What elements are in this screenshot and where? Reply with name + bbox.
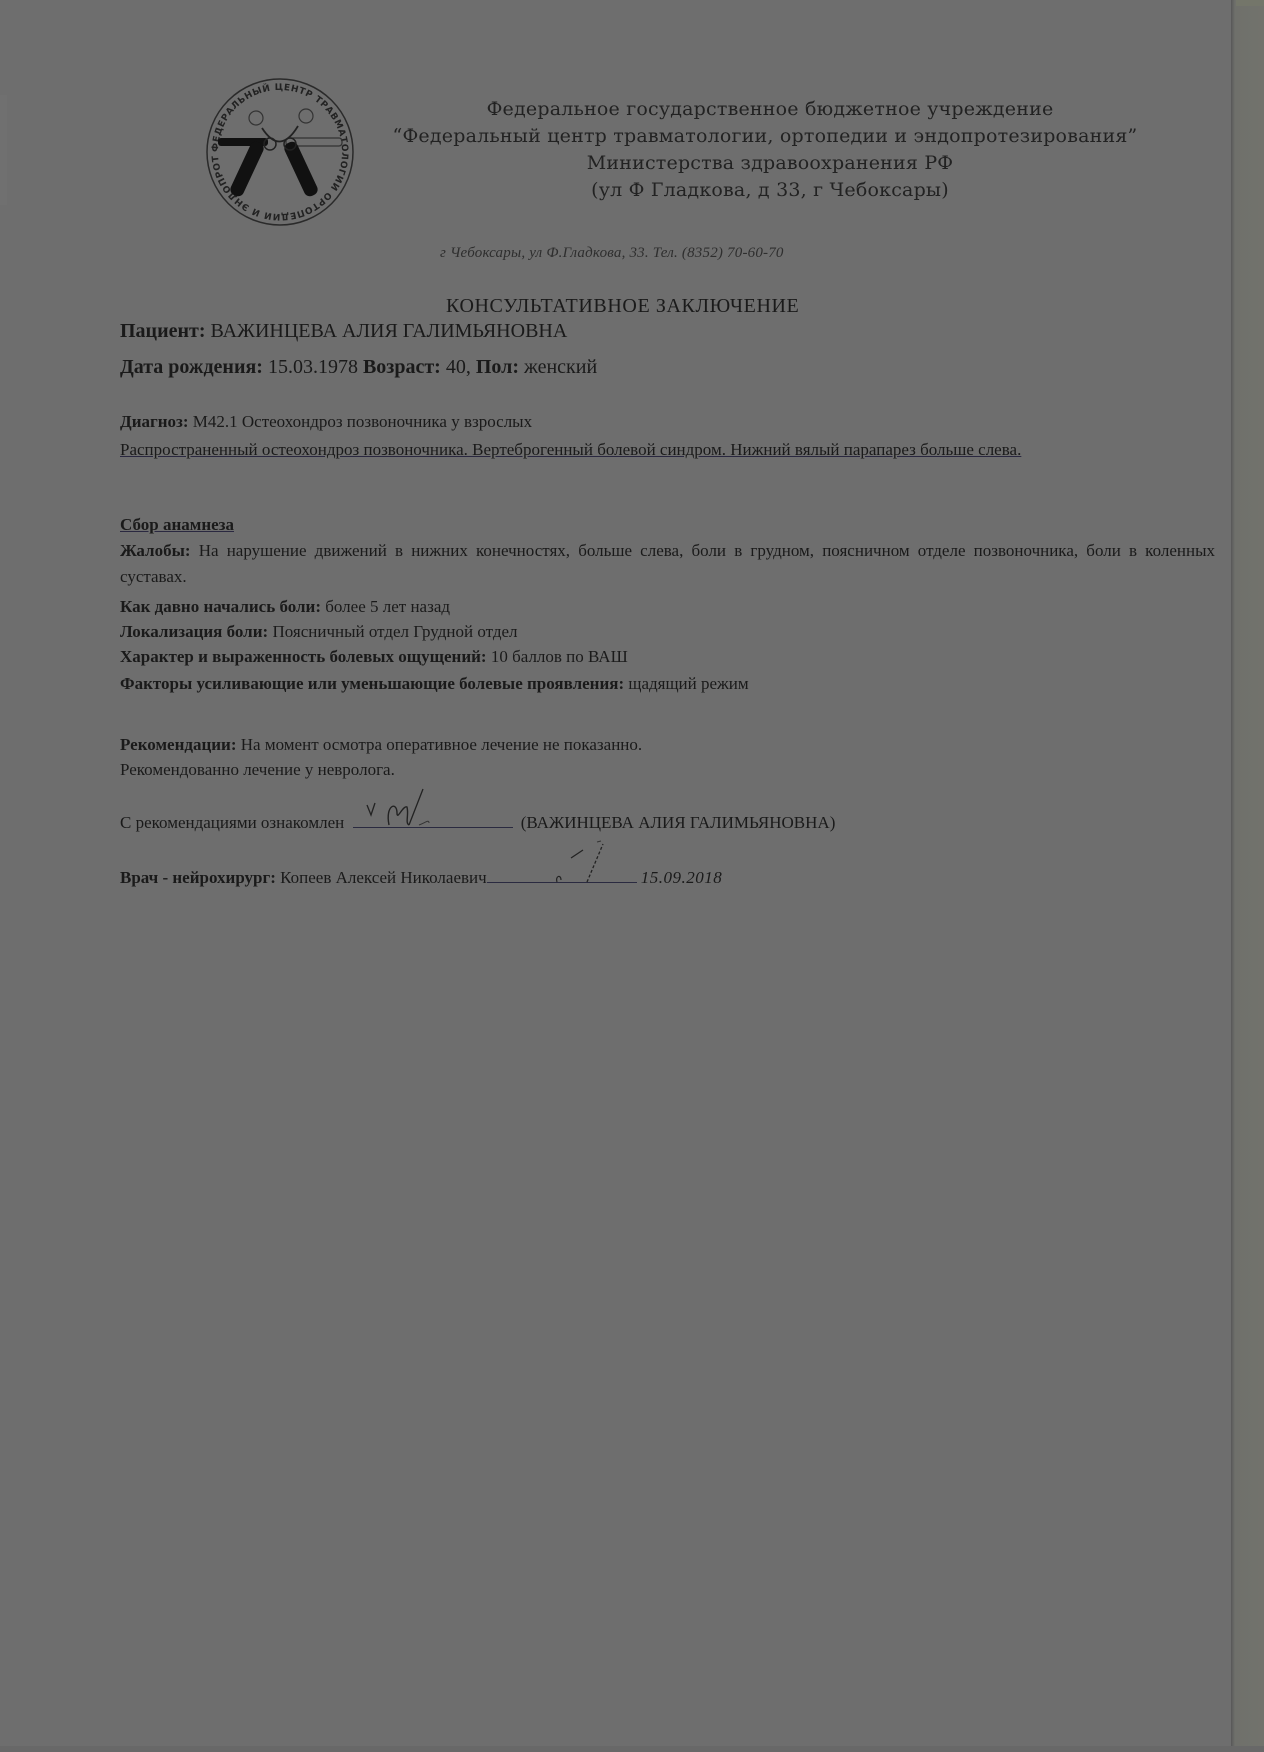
diagnosis-detail: Распространенный остеохондроз позвоночни… — [120, 437, 1200, 462]
patient-row: Пациент: ВАЖИНЦЕВА АЛИЯ ГАЛИМЬЯНОВНА — [120, 320, 567, 343]
pain-factors-value: щадящий режим — [628, 674, 748, 693]
age-value: 40, — [446, 356, 471, 378]
pain-intensity-value: 10 баллов по ВАШ — [491, 647, 628, 666]
org-line-2: “Федеральный центр травматологии, ортопе… — [360, 123, 1170, 150]
age-label: Возраст: — [363, 356, 441, 378]
pain-intensity-label: Характер и выраженность болевых ощущений… — [120, 647, 487, 666]
recommendations-row: Рекомендации: На момент осмотра оператив… — [120, 735, 642, 755]
onset-value: более 5 лет назад — [325, 597, 450, 616]
onset-label: Как давно начались боли: — [120, 597, 321, 616]
complaints-value: На нарушение движений в нижних конечност… — [120, 541, 1215, 586]
scan-page-edge — [1231, 0, 1264, 1752]
doctor-row: Врач - нейрохирург: Копеев Алексей Никол… — [120, 866, 722, 888]
institution-emblem-icon: ФЕДЕРАЛЬНЫЙ ЦЕНТР ТРАВМАТОЛОГИИ ОРТОПЕДИ… — [204, 76, 356, 228]
acknowledgement-patient-name: (ВАЖИНЦЕВА АЛИЯ ГАЛИМЬЯНОВНА) — [521, 813, 836, 832]
sex-value: женский — [524, 356, 597, 378]
scan-page-edge-top — [1236, 0, 1264, 6]
birth-date-value: 15.03.1978 — [268, 356, 358, 378]
doctor-signature-icon — [487, 840, 637, 890]
org-line-1: Федеральное государственное бюджетное уч… — [370, 96, 1170, 123]
organization-header: Федеральное государственное бюджетное уч… — [370, 96, 1170, 204]
sex-label: Пол: — [476, 356, 519, 378]
patient-name: ВАЖИНЦЕВА АЛИЯ ГАЛИМЬЯНОВНА — [211, 320, 568, 342]
birth-date-label: Дата рождения: — [120, 356, 263, 378]
doctor-label: Врач - нейрохирург: — [120, 868, 276, 887]
complaints-row: Жалобы: На нарушение движений в нижних к… — [120, 538, 1215, 590]
org-address: г Чебоксары, ул Ф.Гладкова, 33. Тел. (83… — [440, 245, 920, 262]
emblem-ring-text: ФЕДЕРАЛЬНЫЙ ЦЕНТР ТРАВМАТОЛОГИИ ОРТОПЕДИ… — [204, 76, 349, 221]
org-line-4: (ул Ф Гладкова, д 33, г Чебоксары) — [370, 177, 1170, 204]
diagnosis-code: M42.1 Остеохондроз позвоночника у взросл… — [193, 412, 532, 431]
acknowledgement-text: С рекомендациями ознакомлен — [120, 813, 344, 832]
diagnosis-row: Диагноз: M42.1 Остеохондроз позвоночника… — [120, 412, 532, 432]
recommendations-label: Рекомендации: — [120, 735, 237, 754]
pain-intensity-row: Характер и выраженность болевых ощущений… — [120, 647, 628, 667]
document-date: 15.09.2018 — [641, 868, 723, 887]
pain-factors-row: Факторы усиливающие или уменьшающие боле… — [120, 674, 749, 694]
org-line-3: Министерства здравоохранения РФ — [370, 150, 1170, 177]
patient-label: Пациент: — [120, 320, 206, 342]
pain-location-value: Поясничный отдел Грудной отдел — [272, 622, 517, 641]
recommendations-line-1: На момент осмотра оперативное лечение не… — [241, 735, 642, 754]
svg-text:ФЕДЕРАЛЬНЫЙ ЦЕНТР ТРАВМАТОЛОГИ: ФЕДЕРАЛЬНЫЙ ЦЕНТР ТРАВМАТОЛОГИИ ОРТОПЕДИ… — [204, 76, 349, 221]
diagnosis-label: Диагноз: — [120, 412, 189, 431]
document-title: КОНСУЛЬТАТИВНОЕ ЗАКЛЮЧЕНИЕ — [446, 295, 799, 318]
doctor-name: Копеев Алексей Николаевич — [280, 868, 487, 887]
recommendations-line-2: Рекомендованно лечение у невролога. — [120, 760, 395, 780]
patient-signature-icon — [353, 785, 513, 835]
scan-left-shadow — [0, 95, 7, 205]
complaints-label: Жалобы: — [120, 541, 191, 560]
pain-location-row: Локализация боли: Поясничный отдел Грудн… — [120, 622, 518, 642]
birth-row: Дата рождения: 15.03.1978 Возраст: 40, П… — [120, 356, 597, 379]
onset-row: Как давно начались боли: более 5 лет наз… — [120, 597, 450, 617]
patient-signature-field — [353, 811, 513, 828]
scan-bottom-edge — [0, 1746, 1264, 1752]
pain-location-label: Локализация боли: — [120, 622, 268, 641]
anamnesis-heading: Сбор анамнеза — [120, 515, 234, 535]
pain-factors-label: Факторы усиливающие или уменьшающие боле… — [120, 674, 624, 693]
doctor-signature-field — [487, 866, 637, 883]
acknowledgement-row: С рекомендациями ознакомлен (ВАЖИНЦЕВА А… — [120, 811, 835, 833]
